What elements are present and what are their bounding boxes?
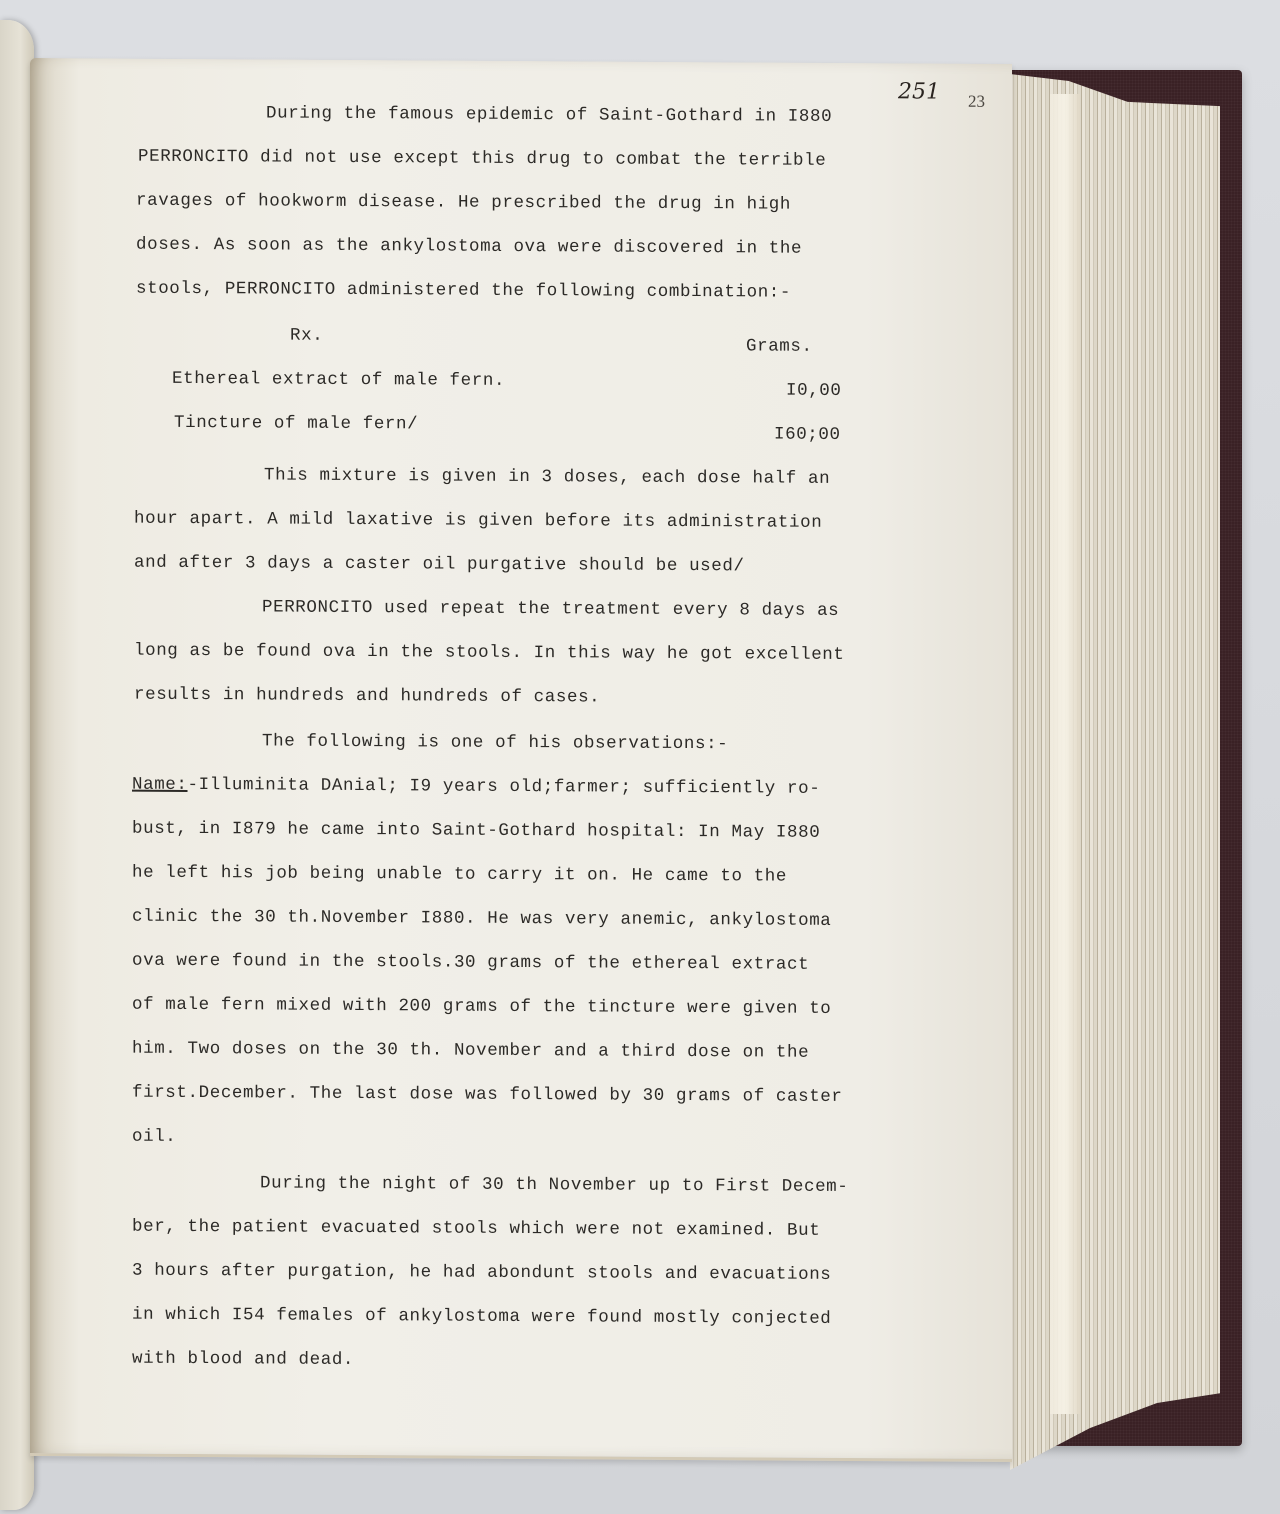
text-line: him. Two doses on the 30 th. November an… bbox=[132, 1039, 809, 1063]
prescription-header-grams: Grams. bbox=[746, 336, 813, 356]
page-edge-highlight bbox=[1050, 94, 1080, 1414]
text-line: During the night of 30 th November up to… bbox=[260, 1173, 848, 1197]
text-line: long as be found ova in the stools. In t… bbox=[134, 641, 845, 665]
text-line: ova were found in the stools.30 grams of… bbox=[132, 951, 809, 975]
typed-page-number: 23 bbox=[968, 92, 985, 112]
text-line: During the famous epidemic of Saint-Goth… bbox=[266, 103, 832, 126]
text-line: oil. bbox=[132, 1127, 176, 1147]
text-line: hour apart. A mild laxative is given bef… bbox=[134, 509, 822, 533]
text-line: of male fern mixed with 200 grams of the… bbox=[132, 995, 831, 1019]
text-line: 3 hours after purgation, he had abondunt… bbox=[132, 1261, 831, 1285]
left-facing-page-edge bbox=[0, 20, 34, 1510]
text-line: and after 3 days a caster oil purgative … bbox=[134, 553, 745, 577]
text-line: PERRONCITO did not use except this drug … bbox=[138, 147, 826, 171]
text-line: This mixture is given in 3 doses, each d… bbox=[264, 465, 830, 488]
handwritten-page-number: 251 bbox=[898, 79, 940, 104]
text-line: clinic the 30 th.November I880. He was v… bbox=[132, 907, 831, 931]
text-line: PERRONCITO used repeat the treatment eve… bbox=[262, 597, 839, 621]
text-line: he left his job being unable to carry it… bbox=[132, 863, 787, 887]
text-line: bust, in I879 he came into Saint-Gothard… bbox=[132, 819, 820, 843]
text-line: in which I54 females of ankylostoma were… bbox=[132, 1305, 831, 1329]
observation-label: Name: bbox=[132, 775, 188, 795]
prescription-header-rx: Rx. bbox=[290, 326, 323, 346]
observation-first-line: Name:-Illuminita DAnial; I9 years old;fa… bbox=[132, 775, 820, 799]
page-edges-stack bbox=[1010, 74, 1220, 1470]
prescription-item-name: Ethereal extract of male fern. bbox=[172, 369, 505, 391]
prescription-item-amount: I0,00 bbox=[786, 381, 842, 401]
text-line: The following is one of his observations… bbox=[262, 731, 728, 754]
text-line: ravages of hookworm disease. He prescrib… bbox=[136, 191, 791, 215]
prescription-item-name: Tincture of male fern/ bbox=[174, 413, 418, 434]
text-line: stools, PERRONCITO administered the foll… bbox=[136, 279, 791, 303]
document-page: 251 23 During the famous epidemic of Sai… bbox=[30, 58, 1012, 1462]
prescription-item-amount: I60;00 bbox=[774, 425, 841, 445]
text-line: doses. As soon as the ankylostoma ova we… bbox=[136, 235, 802, 259]
text-line: -Illuminita DAnial; I9 years old;farmer;… bbox=[188, 775, 821, 799]
text-line: ber, the patient evacuated stools which … bbox=[132, 1217, 820, 1241]
text-line: results in hundreds and hundreds of case… bbox=[134, 685, 600, 708]
text-line: with blood and dead. bbox=[132, 1349, 354, 1370]
text-line: first.December. The last dose was follow… bbox=[132, 1083, 843, 1107]
